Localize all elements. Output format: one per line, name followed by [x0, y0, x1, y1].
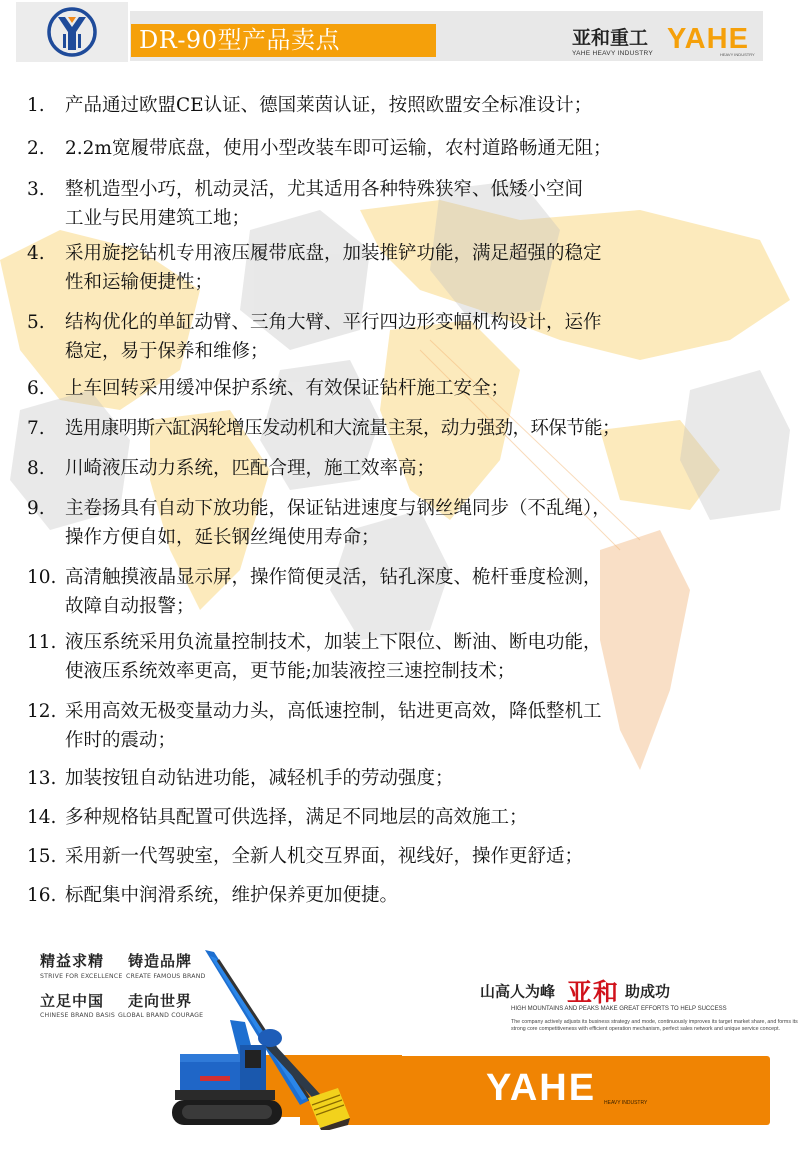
brand-name-en-sub: HEAVY INDUSTRY	[720, 52, 755, 57]
feature-text-cont: 使液压系统效率更高，更节能;加装液控三速控制技术；	[65, 657, 797, 686]
feature-item: 14. 多种规格钻具配置可供选择，满足不同地层的高效施工；	[27, 803, 797, 832]
feature-number: 12.	[27, 697, 65, 726]
feature-number: 15.	[27, 842, 65, 871]
feature-text-cont: 性和运输便捷性；	[65, 268, 797, 297]
header: DR-90型产品卖点 亚和重工 YAHE HEAVY INDUSTRY YAHE…	[0, 0, 800, 75]
feature-number: 8.	[27, 454, 65, 483]
slogan-cn: 精益求精	[40, 950, 104, 971]
feature-item: 9. 主卷扬具有自动下放功能，保证钻进速度与钢丝绳同步（不乱绳）， 操作方便自如…	[27, 494, 797, 552]
feature-text: 加装按钮自动钻进功能，减轻机手的劳动强度；	[65, 764, 797, 793]
slogan-en: CHINESE BRAND BASIS	[40, 1012, 115, 1019]
feature-item: 6. 上车回转采用缓冲保护系统、有效保证钻杆施工安全；	[27, 374, 797, 403]
feature-number: 11.	[27, 628, 65, 657]
feature-item: 4. 采用旋挖钻机专用液压履带底盘，加装推铲功能，满足超强的稳定 性和运输便捷性…	[27, 239, 797, 297]
feature-number: 6.	[27, 374, 65, 403]
feature-item: 5. 结构优化的单缸动臂、三角大臂、平行四边形变幅机构设计，运作 稳定，易于保养…	[27, 308, 797, 366]
motto-brand: 亚和	[567, 978, 619, 1007]
feature-number: 1.	[27, 91, 65, 120]
feature-text: 结构优化的单缸动臂、三角大臂、平行四边形变幅机构设计，运作	[65, 308, 797, 337]
feature-item: 1. 产品通过欧盟CE认证、德国莱茵认证，按照欧盟安全标准设计；	[27, 91, 797, 120]
feature-number: 13.	[27, 764, 65, 793]
feature-item: 12. 采用高效无极变量动力头，高低速控制，钻进更高效，降低整机工 作时的震动；	[27, 697, 797, 755]
feature-number: 3.	[27, 175, 65, 204]
feature-text: 液压系统采用负流量控制技术，加装上下限位、断油、断电功能，	[65, 628, 797, 657]
brand-name-en: YAHE	[667, 24, 749, 54]
feature-item: 8. 川崎液压动力系统，匹配合理，施工效率高；	[27, 454, 797, 483]
feature-item: 3. 整机造型小巧，机动灵活，尤其适用各种特殊狭窄、低矮小空间 工业与民用建筑工…	[27, 175, 797, 233]
feature-number: 10.	[27, 563, 65, 592]
page-title: DR-90型产品卖点	[131, 24, 436, 57]
feature-text: 选用康明斯六缸涡轮增压发动机和大流量主泵，动力强劲，环保节能；	[65, 414, 797, 443]
feature-text: 采用新一代驾驶室，全新人机交互界面，视线好，操作更舒适；	[65, 842, 797, 871]
feature-item: 16. 标配集中润滑系统，维护保养更加便捷。	[27, 881, 797, 910]
motto-left: 山高人为峰	[480, 983, 555, 1001]
feature-number: 14.	[27, 803, 65, 832]
slogan-en: STRIVE FOR EXCELLENCE	[40, 973, 122, 980]
feature-text: 采用高效无极变量动力头，高低速控制，钻进更高效，降低整机工	[65, 697, 797, 726]
feature-number: 2.	[27, 134, 65, 163]
feature-text: 2.2m宽履带底盘，使用小型改装车即可运输，农村道路畅通无阻；	[65, 134, 797, 163]
feature-text-cont: 故障自动报警；	[65, 592, 797, 621]
feature-item: 2. 2.2m宽履带底盘，使用小型改装车即可运输，农村道路畅通无阻；	[27, 134, 797, 163]
feature-number: 5.	[27, 308, 65, 337]
feature-text: 川崎液压动力系统，匹配合理，施工效率高；	[65, 454, 797, 483]
motto-en: HIGH MOUNTAINS AND PEAKS MAKE GREAT EFFO…	[511, 1006, 727, 1012]
brand-logo-large: YAHE	[486, 1068, 596, 1108]
feature-text: 标配集中润滑系统，维护保养更加便捷。	[65, 881, 797, 910]
feature-text: 高清触摸液晶显示屏，操作简便灵活，钻孔深度、桅杆垂度检测，	[65, 563, 797, 592]
logo	[16, 2, 128, 62]
feature-item: 7. 选用康明斯六缸涡轮增压发动机和大流量主泵，动力强劲，环保节能；	[27, 414, 797, 443]
feature-text-cont: 稳定，易于保养和维修；	[65, 337, 797, 366]
feature-text: 多种规格钻具配置可供选择，满足不同地层的高效施工；	[65, 803, 797, 832]
feature-text-cont: 操作方便自如，延长钢丝绳使用寿命；	[65, 523, 797, 552]
feature-item: 10. 高清触摸液晶显示屏，操作简便灵活，钻孔深度、桅杆垂度检测， 故障自动报警…	[27, 563, 797, 621]
feature-text: 产品通过欧盟CE认证、德国莱茵认证，按照欧盟安全标准设计；	[65, 91, 797, 120]
feature-text-cont: 作时的震动；	[65, 726, 797, 755]
motto: 山高人为峰亚和助成功	[480, 973, 670, 1009]
feature-item: 15. 采用新一代驾驶室，全新人机交互界面，视线好，操作更舒适；	[27, 842, 797, 871]
feature-text: 采用旋挖钻机专用液压履带底盘，加装推铲功能，满足超强的稳定	[65, 239, 797, 268]
feature-number: 7.	[27, 414, 65, 443]
feature-item: 11. 液压系统采用负流量控制技术，加装上下限位、断油、断电功能， 使液压系统效…	[27, 628, 797, 686]
feature-number: 4.	[27, 239, 65, 268]
slogan-cn: 立足中国	[40, 990, 104, 1011]
feature-text: 整机造型小巧，机动灵活，尤其适用各种特殊狭窄、低矮小空间	[65, 175, 797, 204]
feature-number: 9.	[27, 494, 65, 523]
motto-right: 助成功	[625, 983, 670, 1001]
brand-logo-large-sub: HEAVY INDUSTRY	[604, 1100, 647, 1106]
feature-text: 主卷扬具有自动下放功能，保证钻进速度与钢丝绳同步（不乱绳），	[65, 494, 797, 523]
rotary-drilling-rig-image	[170, 950, 410, 1130]
feature-item: 13. 加装按钮自动钻进功能，减轻机手的劳动强度；	[27, 764, 797, 793]
company-description: The company actively adjusts its busines…	[511, 1019, 800, 1032]
yahe-y-logo-icon	[46, 6, 98, 58]
brand-name-cn-sub: YAHE HEAVY INDUSTRY	[572, 50, 653, 57]
feature-text-cont: 工业与民用建筑工地；	[65, 204, 797, 233]
feature-number: 16.	[27, 881, 65, 910]
brand-name-cn: 亚和重工	[572, 28, 648, 48]
feature-text: 上车回转采用缓冲保护系统、有效保证钻杆施工安全；	[65, 374, 797, 403]
